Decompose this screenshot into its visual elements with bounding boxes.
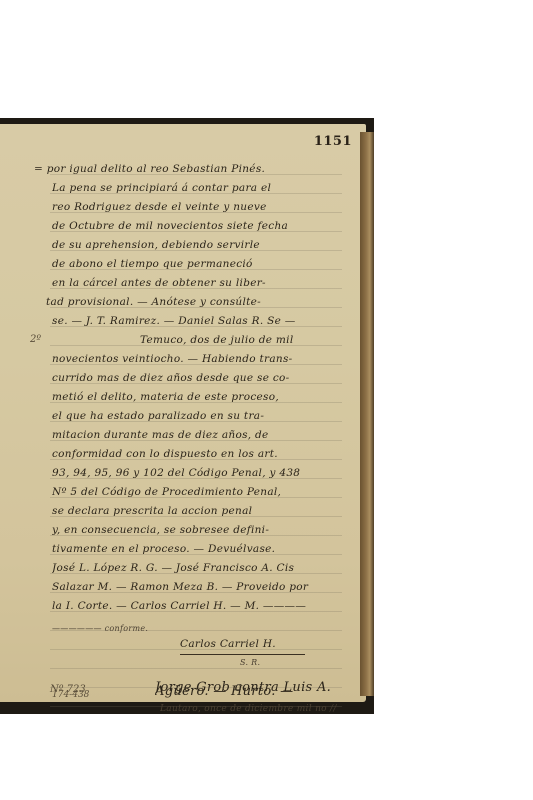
entry2-line: 93, 94, 95, 96 y 102 del Código Penal, y…	[52, 467, 342, 479]
entry1-line: = por igual delito al reo Sebastian Piné…	[34, 163, 344, 175]
entry2-line: tivamente en el proceso. — Devuélvase.	[52, 543, 342, 555]
entry1-line: tad provisional. — Anótese y consúlte-	[46, 296, 336, 308]
folio-number: 1151	[314, 134, 352, 149]
entry2-line: el que ha estado paralizado en su tra-	[52, 410, 342, 422]
entry2-line: Temuco, dos de julio de mil	[140, 334, 340, 346]
signature: Carlos Carriel H.	[180, 638, 310, 650]
entry2-line: la I. Corte. — Carlos Carriel H. — M. ——…	[52, 600, 342, 612]
entry3-title-line: Agüero. — Hurto. —	[155, 684, 345, 699]
entry1-line: de su aprehension, debiendo servirle	[52, 239, 342, 251]
entry2-line: José L. López R. G. — José Francisco A. …	[52, 562, 342, 574]
entry1-line: La pena se principiará á contar para el	[52, 182, 342, 194]
entry2-line: se declara prescrita la accion penal	[52, 505, 342, 517]
ledger-page: 1151 = por igual delito al reo Sebastian…	[0, 124, 366, 702]
signature-underline	[180, 654, 305, 655]
entry2-line: currido mas de diez años desde que se co…	[52, 372, 342, 384]
entry1-line: de abono el tiempo que permaneció	[52, 258, 342, 270]
entry2-line: y, en consecuencia, se sobresee defini-	[52, 524, 342, 536]
entry2-line: novecientos veintiocho. — Habiendo trans…	[52, 353, 342, 365]
entry2-line: conformidad con lo dispuesto en los art.	[52, 448, 342, 460]
entry2-line: mitacion durante mas de diez años, de	[52, 429, 342, 441]
entry1-line: reo Rodriguez desde el veinte y nueve	[52, 201, 342, 213]
entry2-line: —————— conforme.	[52, 624, 342, 633]
entry1-line: de Octubre de mil novecientos siete fech…	[52, 220, 342, 232]
book-spine	[360, 132, 374, 696]
entry3-date-line: Lautaro, once de diciembre mil no //	[160, 704, 350, 714]
entry2-line: Salazar M. — Ramon Meza B. — Proveido po…	[52, 581, 342, 593]
entry2-margin-label: 2º	[30, 334, 41, 345]
entry1-line: se. — J. T. Ramirez. — Daniel Salas R. S…	[52, 315, 342, 327]
signature-initials: S. R.	[240, 658, 280, 667]
entry3-margin-folios: 174-438	[52, 690, 89, 700]
entry2-line: Nº 5 del Código de Procedimiento Penal,	[52, 486, 342, 498]
entry2-line: metió el delito, materia de este proceso…	[52, 391, 342, 403]
entry1-line: en la cárcel antes de obtener su liber-	[52, 277, 342, 289]
document-photo: 1151 = por igual delito al reo Sebastian…	[0, 118, 374, 714]
